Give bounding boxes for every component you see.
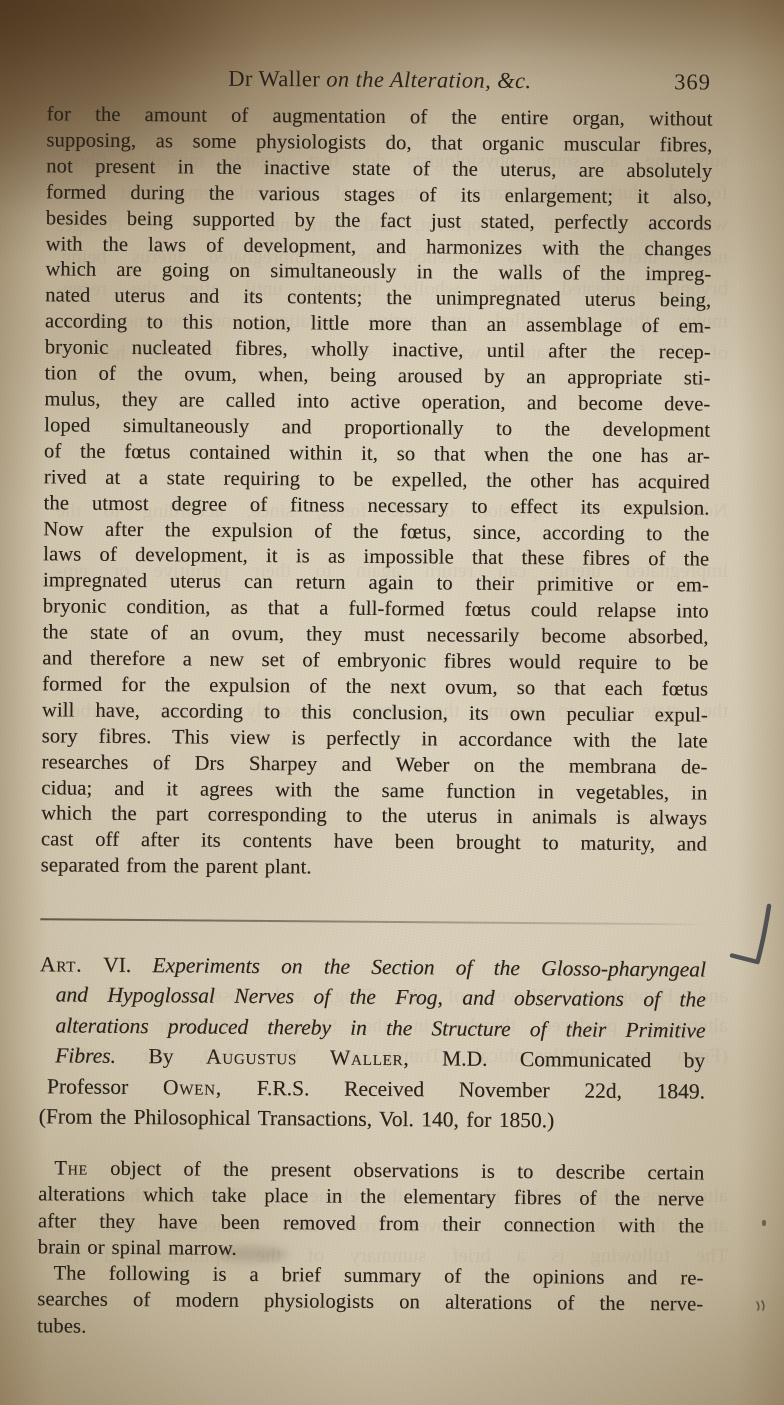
text-line: separated from the parent plant. (41, 854, 707, 885)
paragraph-continuation: for the amount of augmentation of the en… (41, 102, 713, 884)
scanned-page: supposing, as some physiologists do, tha… (0, 0, 784, 1405)
running-title-italic: on the Alteration, &c. (326, 66, 531, 93)
paragraph-lead-smallcaps: The (54, 1157, 88, 1179)
text-line: searches of modern physiologists on alte… (37, 1287, 703, 1319)
article-title-segment: Fibres. (55, 1044, 116, 1068)
section-divider-rule (40, 918, 706, 925)
article-heading: Art. VI. Experiments on the Section of t… (39, 949, 706, 1137)
paragraph-2: The object of the present observations i… (38, 1155, 705, 1265)
paragraph-3: The following is a brief summary of the … (37, 1260, 704, 1344)
text-segment: object of the present observations is to… (88, 1158, 705, 1185)
article-label: Art. (40, 952, 83, 976)
received-date: F.R.S. Received November 22d, 1849. (257, 1076, 705, 1104)
article-by-label: By (148, 1044, 173, 1068)
article-author-name: Augustus Waller, (206, 1045, 410, 1071)
article-heading-line: Fibres. By Augustus Waller, M.D. Communi… (39, 1040, 705, 1076)
article-source-line: (From the Philosophical Transactions, Vo… (39, 1101, 705, 1137)
communicator-name: Owen, (163, 1075, 222, 1099)
running-title: Dr Waller on the Alteration, &c. (47, 64, 713, 95)
ink-smudge (218, 1246, 288, 1262)
ink-speck (762, 1220, 766, 1226)
page-content: Dr Waller on the Alteration, &c. 369 for… (0, 0, 784, 1405)
communicator-title: Professor (47, 1074, 128, 1099)
page-number: 369 (674, 69, 711, 95)
article-title-segment: Experiments on the Section of the Glosso… (152, 953, 706, 981)
article-heading-line: and Hypoglossal Nerves of the Frog, and … (40, 980, 706, 1016)
running-title-author: Dr Waller (228, 66, 320, 92)
text-line: tubes. (37, 1313, 703, 1345)
page-header: Dr Waller on the Alteration, &c. 369 (47, 64, 713, 99)
article-author-degree: M.D. Communicated by (442, 1047, 705, 1073)
article-number: VI. (103, 953, 131, 977)
